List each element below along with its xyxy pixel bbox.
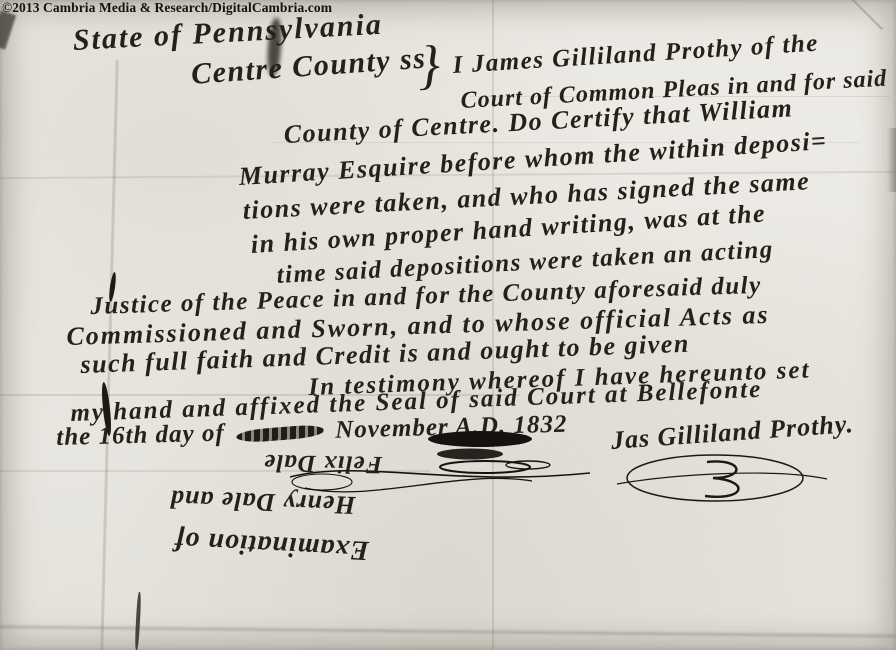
docket-line-upside-down: Henry Dale and xyxy=(169,484,356,520)
heading-brace: } xyxy=(417,33,441,96)
signature-flourish xyxy=(615,448,830,510)
docket-line-upside-down: Felix Dale xyxy=(263,448,382,478)
ink-mark-bottom-left xyxy=(134,592,141,650)
top-right-corner-fold xyxy=(845,0,883,30)
date-prefix: the 16th day of xyxy=(56,420,225,451)
docket-line-upside-down: Examination of xyxy=(173,524,370,566)
top-left-edge-mark xyxy=(0,10,16,49)
right-edge-shadow xyxy=(887,128,896,192)
scanned-document-page: ©2013 Cambria Media & Research/DigitalCa… xyxy=(0,0,896,650)
